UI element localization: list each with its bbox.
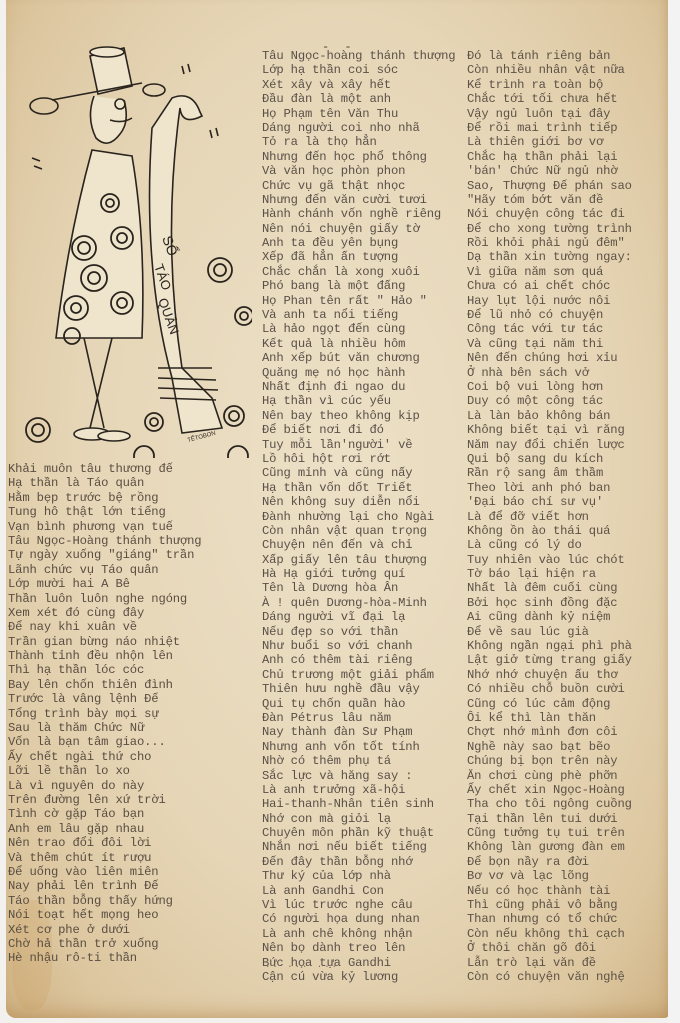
poem-line: Đến đây thần bỗng nhớ — [262, 855, 467, 869]
poem-line: Duy có một công tác — [467, 394, 667, 408]
poem-line: Tình cờ gặp Táo bạn — [8, 807, 248, 821]
poem-line: Táo thần bỗng thấy hứng — [8, 894, 248, 908]
poem-line: Lẫn trò lại văn đề — [467, 956, 667, 970]
poem-line: 'Đại báo chí sư vụ' — [467, 495, 667, 509]
poem-line: Lỡi lề thần lo xo — [8, 764, 248, 778]
poem-line: Chủ trương một giải phẩm — [262, 668, 467, 682]
poem-line: Tuy nhiên vào lúc chót — [467, 553, 667, 567]
poem-line: Còn nhân vật quan trọng — [262, 524, 467, 538]
poem-line: Hạ thần vốn dốt Triết — [262, 481, 467, 495]
poem-line: Vậy ngủ luôn tại đây — [467, 107, 667, 121]
kitchen-god-illustration: SỔ TÁO QUÂN TẾTOBON — [12, 38, 252, 458]
poem-line: Và cũng tại năm thi — [467, 337, 667, 351]
poem-line: Ôi kể thì làn thăn — [467, 711, 667, 725]
poem-line: Tuy mỗi lần'người' về — [262, 438, 467, 452]
poem-line: Tâu Ngọc-hoàng thánh thượng — [262, 49, 467, 63]
poem-line: Nếu đẹp so với thần — [262, 625, 467, 639]
poem-line: Hà Hạ giới tưởng quí — [262, 567, 467, 581]
poem-line: Là hảo ngọt đến cùng — [262, 322, 467, 336]
poem-line: Nói chuyện công tác đi — [467, 207, 667, 221]
poem-line: Nhưng anh vốn tốt tính — [262, 740, 467, 754]
poem-line: Kể trình ra toàn bộ — [467, 78, 667, 92]
poem-line: Lớp hạ thần coi sóc — [262, 63, 467, 77]
poem-line: Bơ vơ và lạc lõng — [467, 869, 667, 883]
poem-line: Nên nói chuyện giấy tờ — [262, 222, 467, 236]
poem-line: Để biết nơi đi đó — [262, 423, 467, 437]
ink-smudge: ·· ··· ··· — [265, 962, 339, 972]
poem-line: Và anh ta nổi tiếng — [262, 308, 467, 322]
poem-line: Xét xây và xây hết — [262, 78, 467, 92]
poem-line: Chờ hả thần trở xuống — [8, 937, 248, 951]
poem-line: Đành nhường lại cho Ngài — [262, 510, 467, 524]
poem-line: Nhớ con mà giỏi lạ — [262, 812, 467, 826]
poem-line: Dáng người vĩ đại lạ — [262, 610, 467, 624]
poem-line: Nay thành đàn Sư Phạm — [262, 725, 467, 739]
poem-line: Là anh Gandhi Con — [262, 884, 467, 898]
poem-line: Chắc chắn là xong xuôi — [262, 265, 467, 279]
poem-line: Cũng có lúc cảm động — [467, 697, 667, 711]
poem-line: Chắc tới tối chưa hết — [467, 92, 667, 106]
poem-line: Không làn gương đàn em — [467, 840, 667, 854]
poem-line: 'bán' Chức Nữ ngủ nhờ — [467, 164, 667, 178]
poem-line: Để uống vào liên miên — [8, 865, 248, 879]
poem-line: Và thêm chút ít rượu — [8, 851, 248, 865]
poem-line: Để bọn nầy ra đời — [467, 855, 667, 869]
poem-line: Chức vụ gã thật nhọc — [262, 179, 467, 193]
poem-line: Lãnh chức vụ Táo quân — [8, 563, 248, 577]
poem-line: Xem xét đó cùng đây — [8, 606, 248, 620]
poem-line: Không ồn ào thái quá — [467, 524, 667, 538]
poem-line: Còn nhiều nhân vật nữa — [467, 63, 667, 77]
poem-line: Bởi học sinh đồng đặc — [467, 596, 667, 610]
poem-line: Ăn chơi cùng phè phỡn — [467, 769, 667, 783]
poem-line: Anh có thêm tài riêng — [262, 653, 467, 667]
poem-line: Đó là tánh riêng bản — [467, 49, 667, 63]
poem-line: Trần gian bừng náo nhiệt — [8, 635, 248, 649]
poem-line: Tự ngày xuống "giáng" trần — [8, 548, 248, 562]
poem-line: Khải muôn tâu thương đế — [8, 462, 248, 476]
poem-line: Trước là vâng lệnh Đế — [8, 692, 248, 706]
poem-line: Coi bộ vui lòng hơn — [467, 380, 667, 394]
poem-line: Tổng trình bày mọi sự — [8, 707, 248, 721]
poem-line: Sao, Thượng Đế phán sao — [467, 179, 667, 193]
poem-line: Dạ thần xin tường ngay: — [467, 250, 667, 264]
poem-line: Nhờ có thêm phụ tá — [262, 754, 467, 768]
poem-line: Lồ hôi hột rơi rớt — [262, 452, 467, 466]
poem-line: Rồi khỏi phải ngủ đêm" — [467, 236, 667, 250]
poem-line: Tỏ ra là thọ hẳn — [262, 135, 467, 149]
poem-line: Bay lên chốn thiên đình — [8, 678, 248, 692]
poem-line: Hằm bẹp trước bệ rồng — [8, 491, 248, 505]
poem-line: Ấy chết xin Ngọc-Hoàng — [467, 783, 667, 797]
poem-line: Chuyên môn phần kỹ thuật — [262, 826, 467, 840]
poem-line: Còn nếu không thì cạch — [467, 927, 667, 941]
poem-line: Để cho xong tường trình — [467, 222, 667, 236]
poem-line: Lật giở từng trang giấy — [467, 653, 667, 667]
poem-line: À ! quên Dương-hòa-Minh — [262, 596, 467, 610]
poem-line: Nên bọ dành treo lên — [262, 941, 467, 955]
poem-line: Năm nay đổi chiến lược — [467, 438, 667, 452]
poem-line: Vì giữa năm sơn quá — [467, 265, 667, 279]
poem-line: Tờ báo lại hiện ra — [467, 567, 667, 581]
poem-column-middle: Tâu Ngọc-hoàng thánh thượngLớp hạ thần c… — [262, 49, 467, 984]
poem-line: Hai-thanh-Nhân tiên sinh — [262, 797, 467, 811]
poem-line: Chắc hạ thần phải lại — [467, 150, 667, 164]
poem-line: Có người họa dung nhan — [262, 912, 467, 926]
poem-line: Thiên hưu nghề đầu vậy — [262, 682, 467, 696]
poem-line: Tại thần lên tui dưới — [467, 812, 667, 826]
poem-line: Theo lời anh phó ban — [467, 481, 667, 495]
poem-line: Và văn học phòn phon — [262, 164, 467, 178]
poem-line: Hạ thần vì cúc yếu — [262, 394, 467, 408]
poem-column-left: Khải muôn tâu thương đếHạ thần là Táo qu… — [8, 462, 248, 966]
poem-line: Có nhiều chỗ buồn cười — [467, 682, 667, 696]
poem-line: Chợt nhớ mình đơn côi — [467, 725, 667, 739]
poem-line: Thành tỉnh đều nhộn lên — [8, 649, 248, 663]
poem-line: Nên bay theo không kịp — [262, 409, 467, 423]
poem-line: Nhớ nhớ chuyện ấu thơ — [467, 668, 667, 682]
poem-line: Ở nhà bên sách vở — [467, 366, 667, 380]
poem-line: Hay lụt lội nước nôi — [467, 294, 667, 308]
poem-line: Vạn bình phương vạn tuế — [8, 520, 248, 534]
poem-line: Là làn bảo không bán — [467, 409, 667, 423]
poem-line: Phó bang là một đấng — [262, 279, 467, 293]
poem-line: Để lũ nhỏ có chuyện — [467, 308, 667, 322]
poem-line: Dáng người coi nho nhã — [262, 121, 467, 135]
poem-line: Sau là thăm Chức Nữ — [8, 721, 248, 735]
poem-line: Thì hạ thần lóc cóc — [8, 663, 248, 677]
poem-line: Là anh trưởng xã-hội — [262, 783, 467, 797]
poem-line: Vì lúc trước nghe câu — [262, 898, 467, 912]
poem-line: Là thiên giới bơ vơ — [467, 135, 667, 149]
poem-line: Anh xếp bút văn chương — [262, 351, 467, 365]
poem-line: Nói toạt hết mọng heo — [8, 908, 248, 922]
poem-line: Nếu có học thành tài — [467, 884, 667, 898]
poem-line: Hành chánh vốn nghề riêng — [262, 207, 467, 221]
poem-line: Công tác với tư tác — [467, 322, 667, 336]
poem-line: Vốn là bạn tâm giao... — [8, 735, 248, 749]
poem-line: Trên đường lên xứ trời — [8, 793, 248, 807]
poem-line: Nay phải lên trình Đế — [8, 879, 248, 893]
poem-line: Ấy chết ngài thứ cho — [8, 750, 248, 764]
poem-line: Thư ký của lớp nhà — [262, 869, 467, 883]
poem-line: Xét cơ phe ở dưới — [8, 923, 248, 937]
poem-line: Ai cũng dành kỷ niệm — [467, 610, 667, 624]
poem-line: Nghề này sao bạt bẽo — [467, 740, 667, 754]
poem-line: Tâu Ngọc-Hoàng thánh thượng — [8, 534, 248, 548]
poem-line: Cận cú vừa kỷ lương — [262, 970, 467, 984]
poem-line: Qui tụ chốn quần hào — [262, 697, 467, 711]
poem-line: Chúng bị bọn trên này — [467, 754, 667, 768]
poem-line: Để về sau lúc già — [467, 625, 667, 639]
poem-line: Là anh chê không nhận — [262, 927, 467, 941]
poem-line: Là để đỡ viết hơn — [467, 510, 667, 524]
poem-line: Đầu đàn là một anh — [262, 92, 467, 106]
poem-line: Nên trao đổi đôi lời — [8, 836, 248, 850]
poem-line: Để nay khi xuân về — [8, 620, 248, 634]
poem-line: Nên đến chúng hơi xỉu — [467, 351, 667, 365]
poem-line: Không ngần ngại phì phà — [467, 639, 667, 653]
poem-line: Kết quả là nhiều hôm — [262, 337, 467, 351]
poem-line: Nhất định đi ngao du — [262, 380, 467, 394]
poem-line: Là cũng có lý do — [467, 538, 667, 552]
poem-line: Thì cũng phải vô bằng — [467, 898, 667, 912]
poem-line: Xếp đã hẳn ấn tượng — [262, 250, 467, 264]
poem-line: Anh em lâu gặp nhau — [8, 822, 248, 836]
poem-line: Nên không suy diễn nổi — [262, 495, 467, 509]
poem-line: Chuyện nên đến và chỉ — [262, 538, 467, 552]
poem-line: Hè nhậu rô-ti thần — [8, 951, 248, 965]
poem-line: Nhưng đến học phổ thông — [262, 150, 467, 164]
poem-line: Tha cho tôi ngông cuồng — [467, 797, 667, 811]
poem-line: Đàn Pétrus lâu năm — [262, 711, 467, 725]
poem-line: Để rồi mai trình tiếp — [467, 121, 667, 135]
poem-line: Quăng mẹ nó học hành — [262, 366, 467, 380]
page-edge — [668, 0, 680, 1023]
poem-line: Sắc lực và hăng say : — [262, 769, 467, 783]
poem-line: Qui bộ sang du kích — [467, 452, 667, 466]
poem-line: Như buổi so với chanh — [262, 639, 467, 653]
poem-column-right: Đó là tánh riêng bảnCòn nhiều nhân vật n… — [467, 49, 667, 984]
poem-line: Rần rộ sang âm thầm — [467, 466, 667, 480]
poem-line: Tên là Dương hòa Ân — [262, 581, 467, 595]
poem-line: Nhắn nơi nếu biết tiếng — [262, 840, 467, 854]
poem-line: Tung hô thật lớn tiếng — [8, 505, 248, 519]
poem-line: Anh ta đều yên bụng — [262, 236, 467, 250]
poem-line: Xấp giấy lên tâu thượng — [262, 553, 467, 567]
poem-line: Họ Phan tên rất " Hảo " — [262, 294, 467, 308]
poem-line: Còn có chuyện văn nghệ — [467, 970, 667, 984]
poem-line: Họ Phạm tên Văn Thu — [262, 107, 467, 121]
poem-line: Là vì nguyên do này — [8, 779, 248, 793]
poem-line: Cũng tưởng tụ tui trên — [467, 826, 667, 840]
poem-line: Hạ thần là Táo quân — [8, 476, 248, 490]
poem-line: Than nhưng có tổ chức — [467, 912, 667, 926]
poem-line: Ở thôi chăn gõ đôi — [467, 941, 667, 955]
poem-line: Lớp mười hai A Bê — [8, 577, 248, 591]
poem-line: Cũng mỉnh và cũng nấy — [262, 466, 467, 480]
poem-line: Thần luôn luôn nghe ngóng — [8, 592, 248, 606]
poem-line: Nhưng đến văn cười tươi — [262, 193, 467, 207]
poem-line: Nhất là đêm cuối cùng — [467, 581, 667, 595]
poem-line: Không biết tại vì răng — [467, 423, 667, 437]
poem-line: Chưa có ai chết chóc — [467, 279, 667, 293]
poem-line: "Hãy tóm bớt văn đề — [467, 193, 667, 207]
